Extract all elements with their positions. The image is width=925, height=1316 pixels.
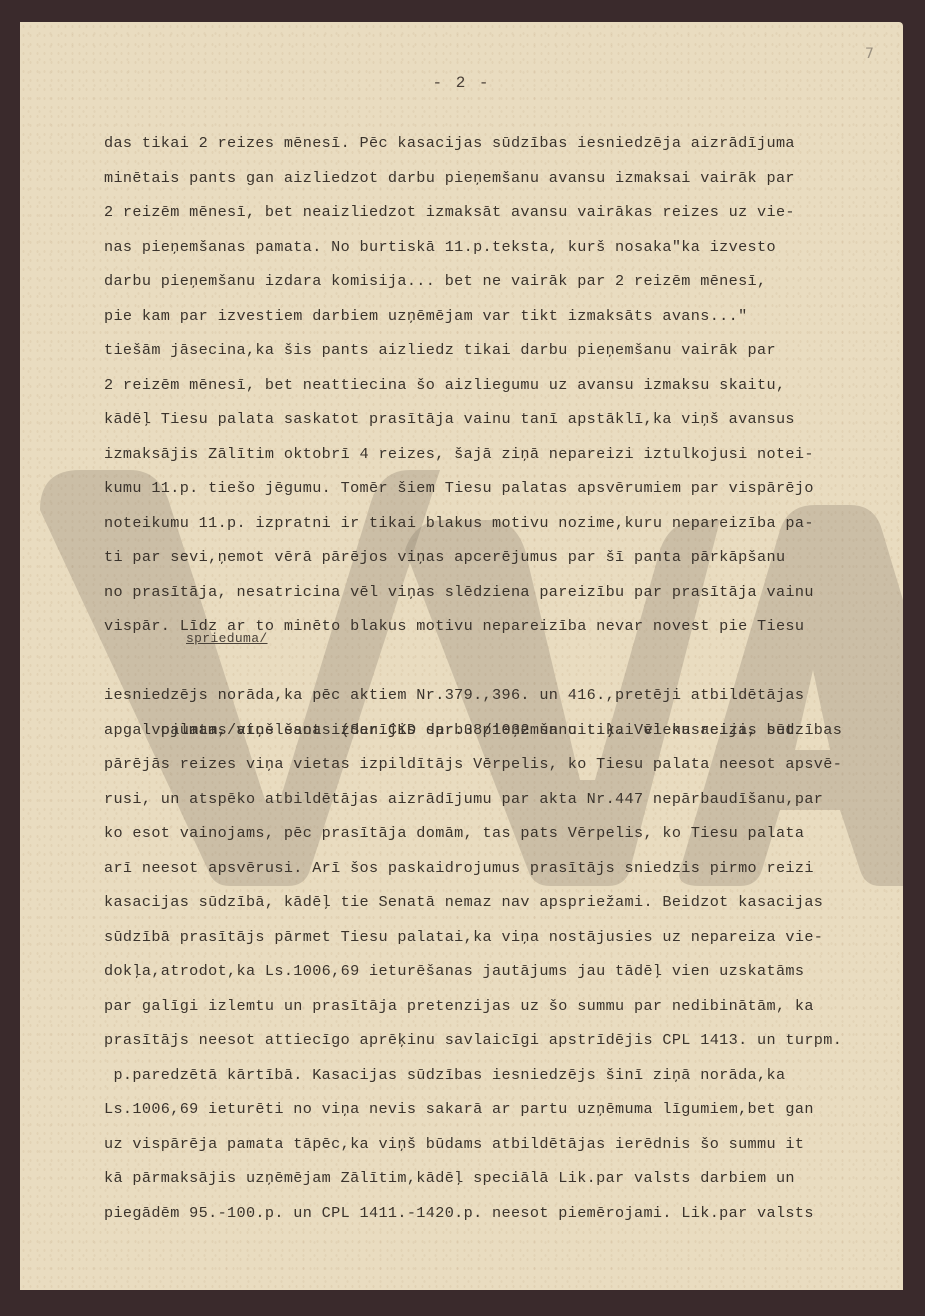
body-text: das tikai 2 reizes mēnesī. Pēc kasacijas… (104, 126, 894, 1230)
text-line: kā pārmaksājis uzņēmējam Zālītim,kādēļ s… (104, 1161, 894, 1196)
text-line: das tikai 2 reizes mēnesī. Pēc kasacijas… (104, 126, 894, 161)
text-line: p.paredzētā kārtībā. Kasacijas sūdzības … (104, 1058, 894, 1093)
text-line: nas pieņemšanas pamata. No burtiskā 11.p… (104, 230, 894, 265)
text-line: ti par sevi,ņemot vērā pārējos viņas apc… (104, 540, 894, 575)
text-line: no prasītāja, nesatricina vēl viņas slēd… (104, 575, 894, 610)
text-line: prasītājs neesot attiecīgo aprēķinu savl… (104, 1023, 894, 1058)
text-line: dokļa,atrodot,ka Ls.1006,69 ieturēšanas … (104, 954, 894, 989)
text-line: pārējās reizes viņa vietas izpildītājs V… (104, 747, 894, 782)
folio-mark: 7 (865, 46, 874, 62)
text-line: izmaksājis Zālītim oktobrī 4 reizes, šaj… (104, 437, 894, 472)
text-line: kumu 11.p. tiešo jēgumu. Tomēr šiem Ties… (104, 471, 894, 506)
text-line: 2 reizēm mēnesī, bet neattiecina šo aizl… (104, 368, 894, 403)
text-line: tiešām jāsecina,ka šis pants aizliedz ti… (104, 333, 894, 368)
text-line: arī neesot apsvērusi. Arī šos paskaidroj… (104, 851, 894, 886)
text-line: ko esot vainojams, pēc prasītāja domām, … (104, 816, 894, 851)
interlinear-insert: sprieduma/ (186, 632, 268, 646)
text-line: rusi, un atspēko atbildētājas aizrādījum… (104, 782, 894, 817)
text-line: darbu pieņemšanu izdara komisija... bet … (104, 264, 894, 299)
text-line: sūdzībā prasītājs pārmet Tiesu palatai,k… (104, 920, 894, 955)
text-line: par galīgi izlemtu un prasītāja pretenzi… (104, 989, 894, 1024)
text-line-with-insert: sprieduma/ palatas/atcelšanas (Sen.CKD s… (104, 644, 894, 679)
text-line: piegādēm 95.-100.p. un CPL 1411.-1420.p.… (104, 1196, 894, 1231)
text-line: 2 reizēm mēnesī, bet neaizliedzot izmaks… (104, 195, 894, 230)
text-line: minētais pants gan aizliedzot darbu pieņ… (104, 161, 894, 196)
text-line: uz vispārēja pamata tāpēc,ka viņš būdams… (104, 1127, 894, 1162)
text-line: kasacijas sūdzībā, kādēļ tie Senatā nema… (104, 885, 894, 920)
page-number: - 2 - (20, 74, 903, 92)
text-line: kādēļ Tiesu palata saskatot prasītāja va… (104, 402, 894, 437)
text-line: iesniedzējs norāda,ka pēc aktiem Nr.379.… (104, 678, 894, 713)
text-line: pie kam par izvestiem darbiem uzņēmējam … (104, 299, 894, 334)
text-line: Ls.1006,69 ieturēti no viņa nevis sakarā… (104, 1092, 894, 1127)
text-line: apgalvojumam, viņš esot izdarījis darbu … (104, 713, 894, 748)
text-line: noteikumu 11.p. izpratni ir tikai blakus… (104, 506, 894, 541)
document-page: 7 - 2 - das tikai 2 reizes mēnesī. Pēc k… (20, 22, 903, 1290)
